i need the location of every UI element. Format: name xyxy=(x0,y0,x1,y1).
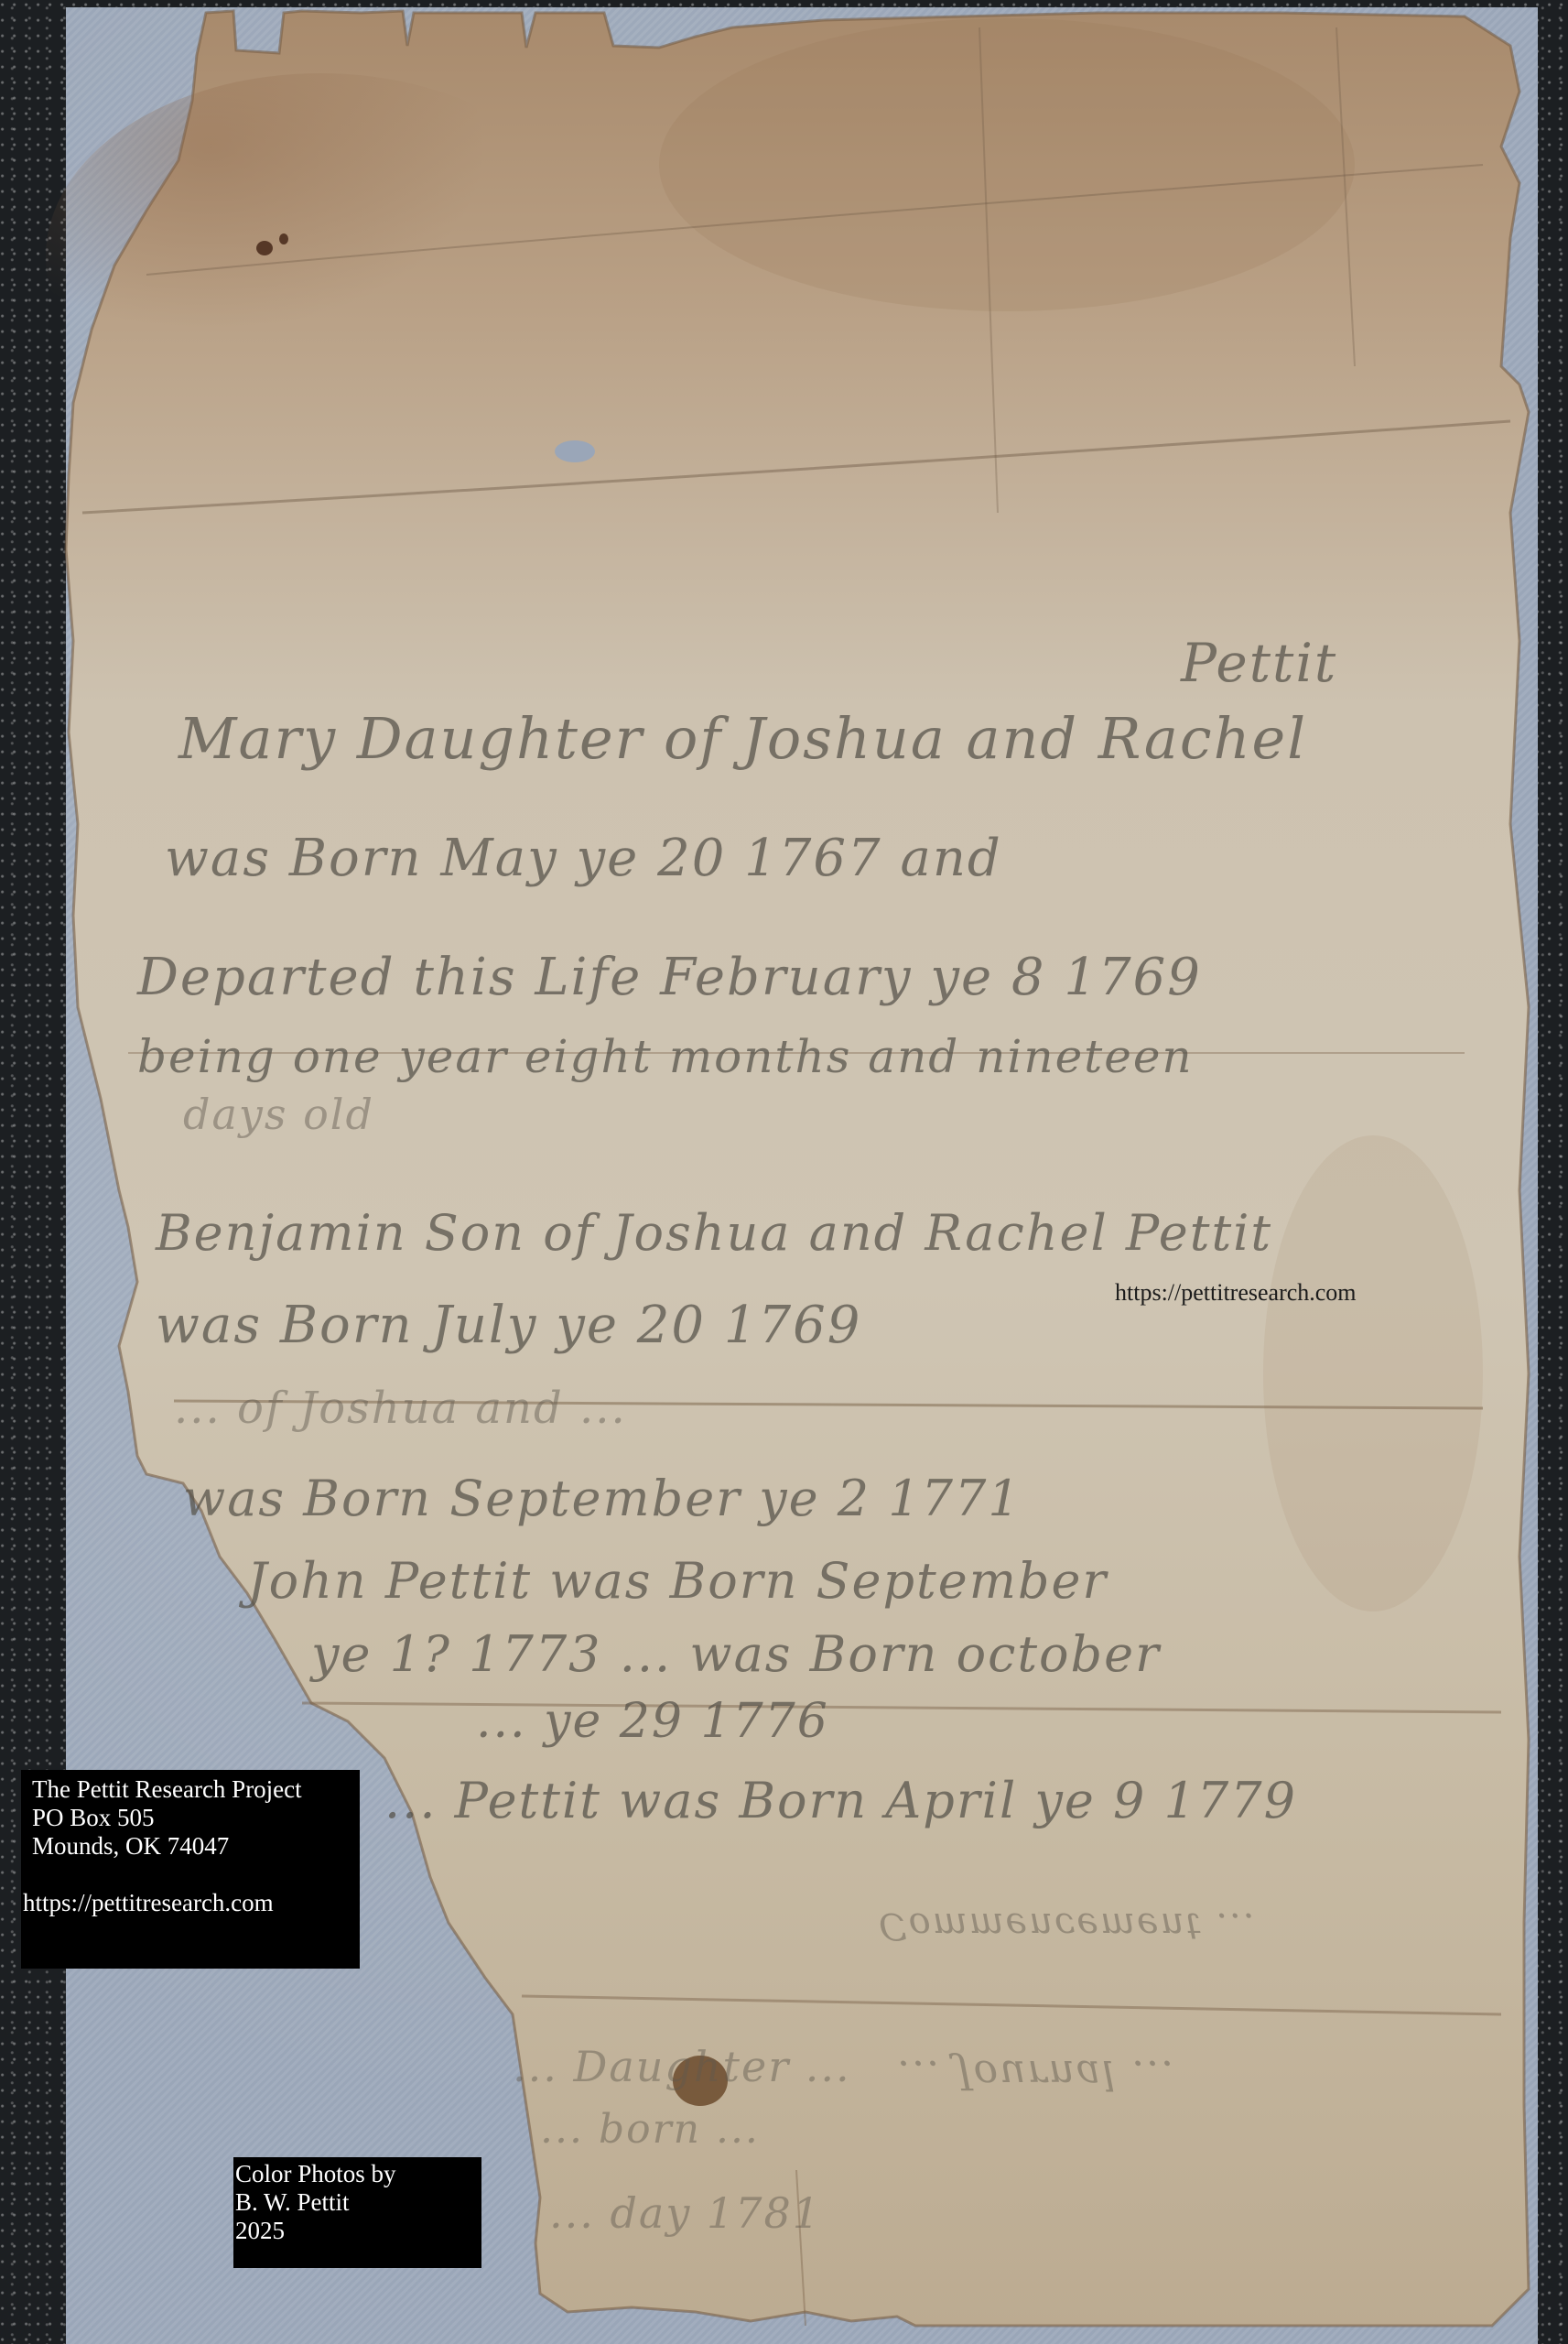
handwriting-line: Mary Daughter of Joshua and Rachel xyxy=(178,705,1307,772)
credit-year: 2025 xyxy=(235,2217,481,2245)
handwriting-lower-line: ... Daughter ... xyxy=(513,2042,851,2091)
bleed-through-text: ... Journal ... xyxy=(897,2051,1175,2098)
handwriting-line: Benjamin Son of Joshua and Rachel Pettit xyxy=(156,1204,1272,1262)
handwriting-lower-line: ... born ... xyxy=(540,2106,760,2153)
po-box: PO Box 505 xyxy=(30,1804,360,1832)
city-state-zip: Mounds, OK 74047 xyxy=(30,1832,360,1861)
handwriting-lower-line: ... day 1781 xyxy=(549,2188,821,2238)
bleed-through-text: Commencement ... xyxy=(879,1904,1256,1947)
ink-stain xyxy=(256,241,273,255)
project-name: The Pettit Research Project xyxy=(30,1775,360,1804)
blank-line xyxy=(30,1861,360,1889)
handwriting-line: ... Pettit was Born April ye 9 1779 xyxy=(384,1772,1297,1829)
photo-credit-overlay-box: Color Photos by B. W. Pettit 2025 xyxy=(233,2157,481,2268)
website-url: https://pettitresearch.com xyxy=(23,1889,360,1917)
handwriting-line: Departed this Life February ye 8 1769 xyxy=(137,948,1202,1007)
handwriting-line: was Born May ye 20 1767 and xyxy=(165,829,1002,888)
watermark-url: https://pettitresearch.com xyxy=(1115,1279,1357,1307)
photographer-name: B. W. Pettit xyxy=(235,2188,481,2217)
handwriting-line: John Pettit was Born September xyxy=(247,1552,1108,1610)
paper-shape xyxy=(0,0,1568,2344)
handwriting-line: ... ye 29 1776 xyxy=(476,1694,829,1749)
handwriting-line: was Born July ye 20 1769 xyxy=(156,1296,861,1355)
credit-line: Color Photos by xyxy=(235,2160,481,2188)
handwriting-header: Pettit xyxy=(1181,632,1337,694)
handwriting-line: ... of Joshua and ... xyxy=(174,1383,627,1434)
address-overlay-box: The Pettit Research Project PO Box 505 M… xyxy=(21,1770,360,1969)
handwriting-line: was Born September ye 2 1771 xyxy=(183,1470,1022,1527)
aged-document-paper: Pettit Mary Daughter of Joshua and Rache… xyxy=(0,0,1568,2344)
handwriting-line: being one year eight months and nineteen xyxy=(137,1030,1194,1083)
ink-stain xyxy=(279,233,288,244)
handwriting-line: days old xyxy=(183,1090,374,1139)
handwriting-line: ye 1? 1773 ... was Born october xyxy=(311,1625,1161,1683)
